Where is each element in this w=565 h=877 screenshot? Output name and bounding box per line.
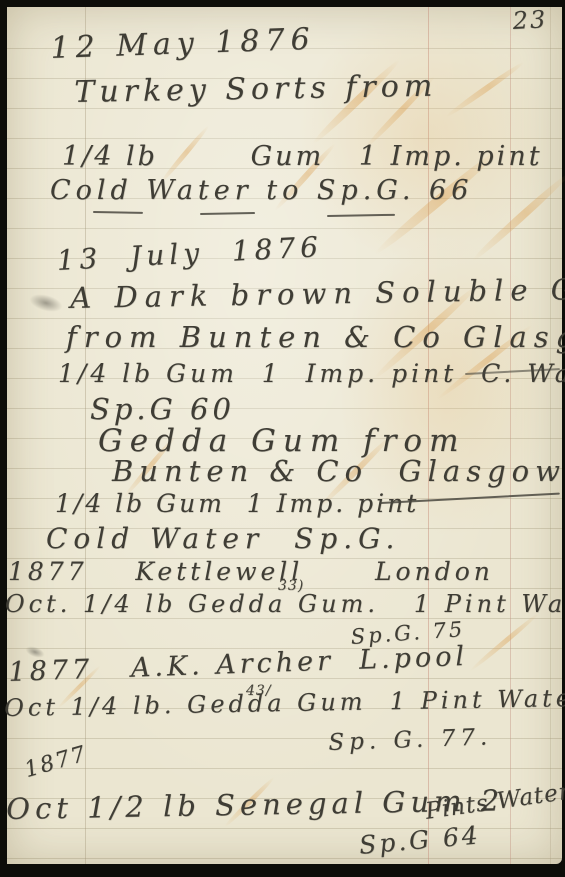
showthrough-stain	[444, 60, 525, 119]
entry2-gedda-recipe-line: 1/4 lb Gum 1 Imp. pint	[55, 490, 419, 518]
entry3-recipe-line: Oct. 1/4 lb Gedda Gum. 1 Pint Water	[5, 591, 565, 617]
entry3-heading: 1877 Kettlewell London	[8, 558, 494, 586]
showthrough-stain	[470, 171, 565, 264]
entry2-recipe-line: 1/4 lb Gum 1 Imp. pint C. Water	[58, 360, 565, 388]
showthrough-wash	[297, 7, 557, 267]
entry1-result-line: Cold Water to Sp.G. 66	[50, 176, 473, 206]
entry1-recipe-line: 1/4 lb Gum 1 Imp. pint	[62, 142, 543, 172]
entry2-source-line: from Bunten & Co Glasgow	[66, 322, 565, 354]
right-margin-rule-line-2	[510, 7, 511, 864]
left-margin-rule-line	[85, 7, 86, 864]
entry2-gedda-heading: Gedda Gum from	[98, 424, 465, 458]
showthrough-stain	[468, 611, 540, 673]
right-edge-rule-line	[550, 7, 551, 864]
ink-smudge	[28, 291, 65, 315]
entry1-subject-line: Turkey Sorts from	[74, 70, 438, 109]
entry2-gedda-result-line: Cold Water Sp.G.	[46, 524, 400, 555]
entry2-spg-line: Sp.G 60	[90, 394, 235, 426]
scanned-notebook-page: 23 12 May 1876 Turkey Sorts from 1/4 lb …	[0, 0, 565, 877]
page-number: 23	[512, 6, 548, 34]
entry2-gedda-source-line: Bunten & Co Glasgow	[112, 456, 565, 488]
